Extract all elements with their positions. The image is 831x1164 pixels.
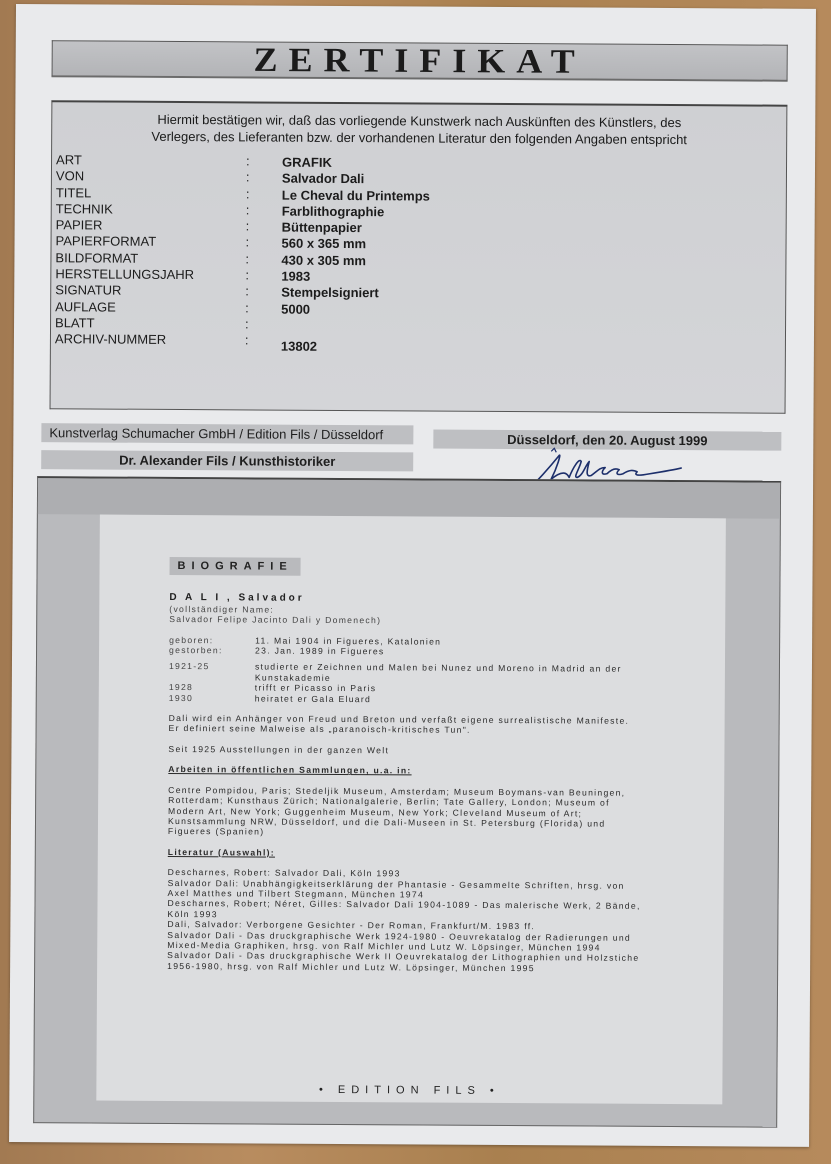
artwork-details-panel: Hiermit bestätigen wir, daß das vorliege…: [50, 100, 788, 413]
field-separator: :: [245, 300, 249, 315]
field-value: 560 x 365 mm: [281, 236, 366, 252]
field-value: GRAFIK: [282, 155, 332, 170]
field-value: 1983: [281, 269, 310, 284]
field-label: SIGNATUR: [55, 283, 121, 298]
field-label: VON: [56, 169, 84, 184]
field-separator: :: [245, 316, 249, 331]
field-separator: :: [245, 284, 249, 299]
field-label: TITEL: [56, 185, 91, 200]
biography-paragraph: Dali wird ein Anhänger von Freud und Bre…: [169, 713, 649, 737]
biography-label: BIOGRAFIE: [170, 557, 301, 576]
literature-item: Salvador Dali - Das druckgraphische Werk…: [167, 930, 647, 954]
timeline-row: 1930heiratet er Gala Eluard: [169, 693, 649, 706]
field-value: Farblithographie: [282, 204, 385, 220]
field-value: Le Cheval du Printemps: [282, 187, 430, 203]
frame-top-band: [38, 478, 780, 519]
paragraph-exhibitions: Seit 1925 Ausstellungen in der ganzen We…: [168, 744, 648, 757]
collections-text: Centre Pompidou, Paris; Stedeljik Museum…: [168, 785, 648, 840]
literature-heading: Literatur (Auswahl):: [168, 847, 648, 860]
certificate-page: ZERTIFIKAT Hiermit bestätigen wir, daß d…: [9, 4, 816, 1147]
biography-content: BIOGRAFIE D A L I , Salvador (vollständi…: [167, 557, 650, 974]
field-value: 430 x 305 mm: [281, 252, 366, 268]
field-label: TECHNIK: [56, 201, 113, 216]
edition-fils-mark: • EDITION FILS •: [96, 1083, 722, 1099]
field-separator: :: [246, 186, 250, 201]
literature-item: Descharnes, Robert; Néret, Gilles: Salva…: [167, 898, 647, 922]
field-value: Stempelsigniert: [281, 285, 379, 301]
field-separator: :: [245, 267, 249, 282]
field-separator: :: [246, 170, 250, 185]
field-label: AUFLAGE: [55, 299, 116, 314]
biography-panel: BIOGRAFIE D A L I , Salvador (vollständi…: [96, 515, 726, 1105]
biography-timeline: geboren:11. Mai 1904 in Figueres, Katalo…: [169, 635, 649, 706]
field-separator: :: [246, 153, 250, 168]
field-separator: :: [246, 235, 250, 250]
field-label: ART: [56, 152, 82, 167]
timeline-value: studierte er Zeichnen und Malen bei Nune…: [255, 662, 649, 685]
literature-item: Salvador Dali: Unabhängigkeitserklärung …: [168, 877, 648, 901]
intro-line-2: Verlegers, des Lieferanten bzw. der vorh…: [52, 127, 786, 148]
title-banner: ZERTIFIKAT: [52, 40, 788, 81]
historian-bar: Dr. Alexander Fils / Kunsthistoriker: [41, 450, 413, 471]
literature-list: Descharnes, Robert: Salvador Dali, Köln …: [167, 867, 648, 974]
publisher-bar: Kunstverlag Schumacher GmbH / Edition Fi…: [41, 423, 413, 444]
artwork-fields: ART:GRAFIKVON:Salvador DaliTITEL:Le Chev…: [55, 152, 56, 348]
field-separator: :: [245, 251, 249, 266]
field-label: BLATT: [55, 315, 95, 330]
field-separator: :: [245, 333, 249, 348]
literature-item: Salvador Dali - Das druckgraphische Werk…: [167, 950, 647, 974]
field-separator: :: [246, 202, 250, 217]
field-value: Büttenpapier: [282, 220, 362, 235]
timeline-key: gestorben:: [169, 645, 255, 656]
field-label: BILDFORMAT: [55, 250, 138, 266]
artist-fullname-2: Salvador Felipe Jacinto Dali y Domenech): [169, 614, 649, 627]
timeline-key: 1930: [169, 693, 255, 704]
field-separator: :: [246, 219, 250, 234]
timeline-key: 1928: [169, 682, 255, 693]
intro-text: Hiermit bestätigen wir, daß das vorliege…: [52, 110, 786, 148]
field-label: ARCHIV-NUMMER: [55, 332, 166, 348]
field-label: PAPIERFORMAT: [56, 234, 157, 250]
timeline-row: 1921-25studierte er Zeichnen und Malen b…: [169, 661, 649, 685]
timeline-key: 1921-25: [169, 661, 255, 682]
field-label: PAPIER: [56, 217, 103, 232]
field-value: 13802: [281, 339, 317, 354]
field-label: HERSTELLUNGSJAHR: [55, 266, 194, 282]
timeline-key: geboren:: [169, 635, 255, 646]
timeline-value: heiratet er Gala Eluard: [255, 693, 649, 706]
biography-frame: BIOGRAFIE D A L I , Salvador (vollständi…: [33, 476, 781, 1128]
certificate-title: ZERTIFIKAT: [254, 43, 586, 77]
field-value: Salvador Dali: [282, 171, 364, 187]
collections-heading: Arbeiten in öffentlichen Sammlungen, u.a…: [168, 764, 648, 777]
field-value: 5000: [281, 301, 310, 316]
